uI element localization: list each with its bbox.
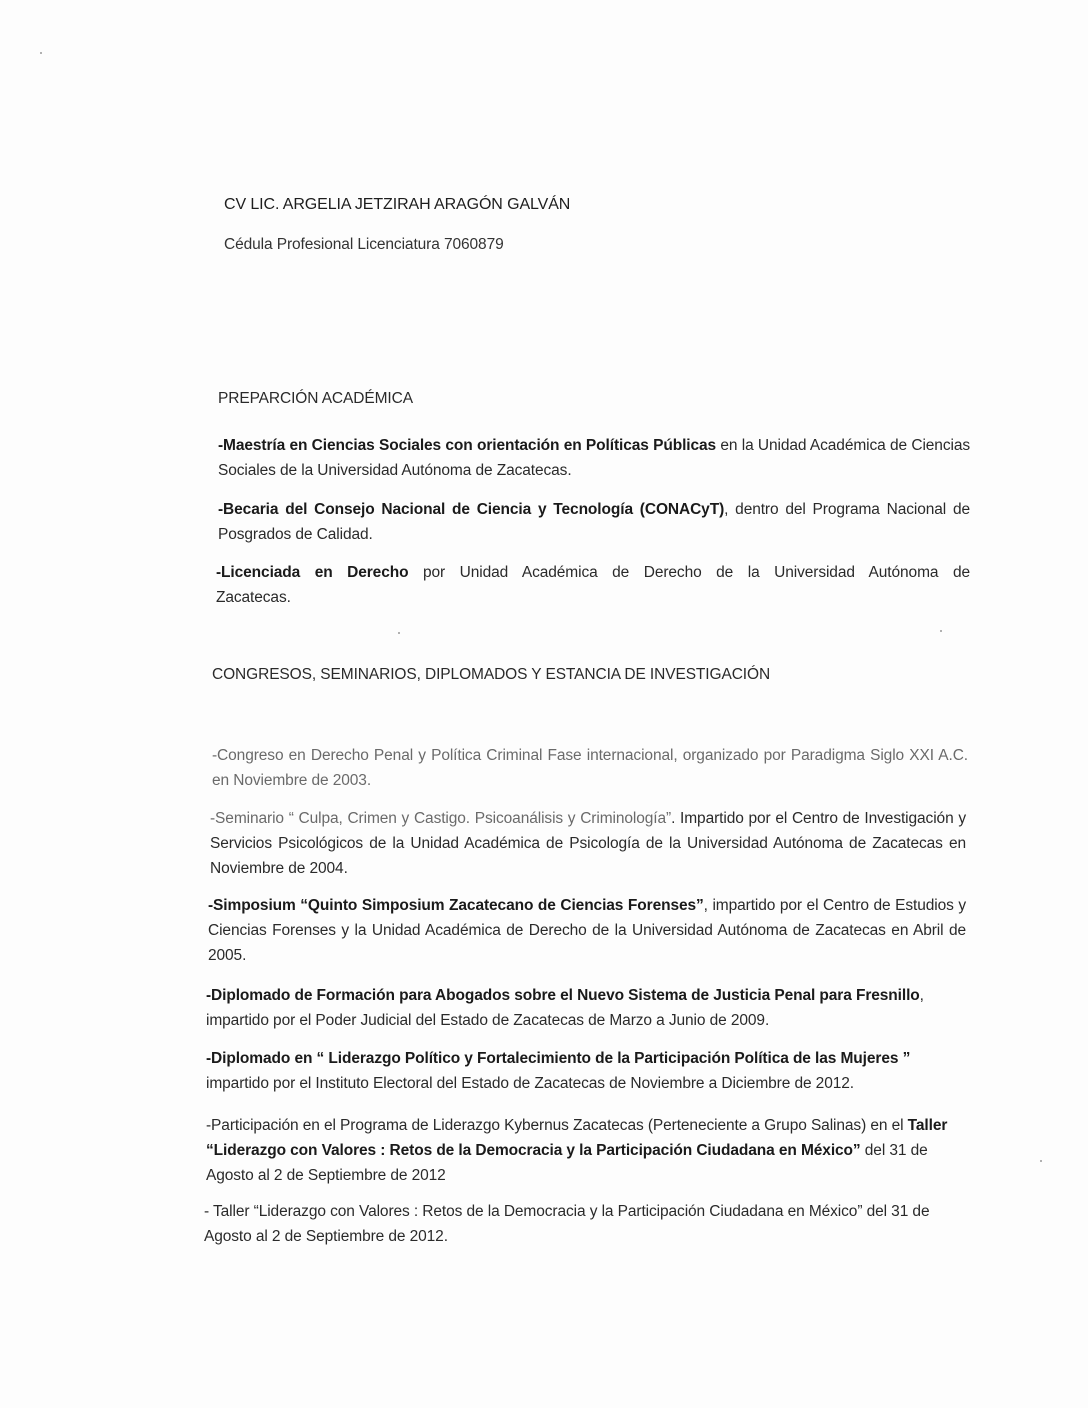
congress-item-detail: - Taller “Liderazgo con Valores : Retos … <box>204 1203 929 1245</box>
scan-speck <box>1040 1160 1042 1162</box>
congress-item-title: -Seminario “ Culpa, Crimen y Castigo. Ps… <box>210 810 671 827</box>
education-item-maestria: -Maestría en Ciencias Sociales con orien… <box>218 433 970 483</box>
section-heading-congresos: CONGRESOS, SEMINARIOS, DIPLOMADOS Y ESTA… <box>212 662 770 687</box>
education-item-title: -Maestría en Ciencias Sociales con orien… <box>218 437 716 454</box>
scan-speck <box>40 52 42 54</box>
congress-item-intro: -Participación en el Programa de Lideraz… <box>206 1117 908 1134</box>
education-item-title: -Licenciada en Derecho <box>216 564 408 581</box>
cedula-profesional: Cédula Profesional Licenciatura 7060879 <box>224 232 504 257</box>
congress-item-seminario: -Seminario “ Culpa, Crimen y Castigo. Ps… <box>210 806 966 881</box>
congress-item-title: -Congreso en Derecho Penal y Política Cr… <box>212 747 673 764</box>
congress-item-title: -Simposium “Quinto Simposium Zacatecano … <box>208 897 704 914</box>
congress-item-title: -Diplomado de Formación para Abogados so… <box>206 987 920 1004</box>
congress-item-detail: impartido por el Instituto Electoral del… <box>206 1075 854 1092</box>
scan-speck <box>398 632 400 634</box>
section-heading-preparacion: PREPARCIÓN ACADÉMICA <box>218 386 413 411</box>
cv-page: CV LIC. ARGELIA JETZIRAH ARAGÓN GALVÁN C… <box>0 0 1088 1408</box>
congress-item-simposium: -Simposium “Quinto Simposium Zacatecano … <box>208 893 966 968</box>
education-item-conacyt: -Becaria del Consejo Nacional de Ciencia… <box>218 497 970 547</box>
congress-item-title: -Diplomado en “ Liderazgo Político y For… <box>206 1050 910 1067</box>
congress-item-diplomado-liderazgo: -Diplomado en “ Liderazgo Político y For… <box>206 1046 972 1096</box>
education-item-licenciatura: -Licenciada en Derecho por Unidad Académ… <box>216 560 970 610</box>
scan-speck <box>940 630 942 632</box>
education-item-title: -Becaria del Consejo Nacional de Ciencia… <box>218 501 724 518</box>
congress-item-taller: - Taller “Liderazgo con Valores : Retos … <box>204 1199 970 1249</box>
congress-item-kybernus: -Participación en el Programa de Lideraz… <box>206 1113 972 1188</box>
cv-title: CV LIC. ARGELIA JETZIRAH ARAGÓN GALVÁN <box>224 192 570 217</box>
congress-item-derecho-penal: -Congreso en Derecho Penal y Política Cr… <box>212 743 968 793</box>
congress-item-diplomado-abogados: -Diplomado de Formación para Abogados so… <box>206 983 972 1033</box>
